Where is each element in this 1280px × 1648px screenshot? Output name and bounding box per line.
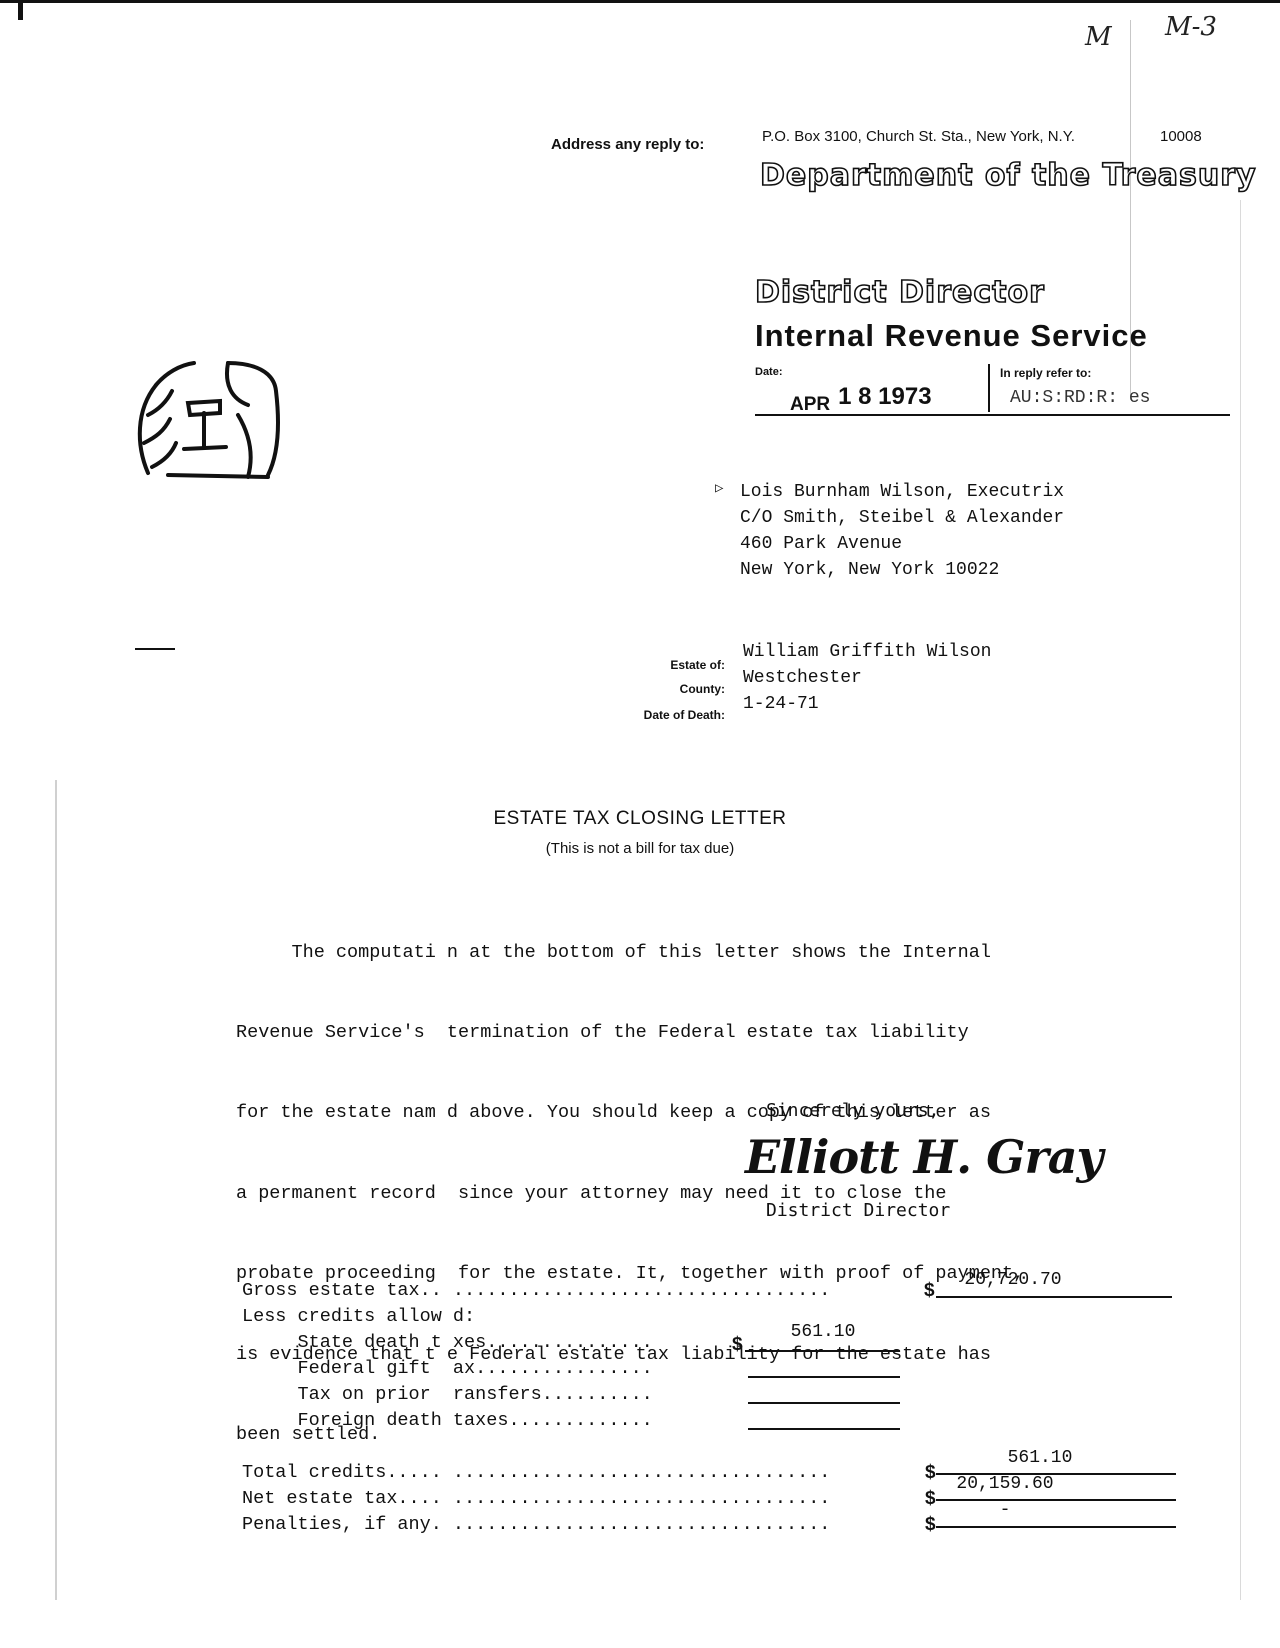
date-of-death-label: Date of Death: [605,708,725,722]
scan-streak [1130,20,1131,400]
handwritten-mark-2: M-3 [1165,12,1217,42]
currency-symbol: $ [925,1462,936,1484]
agency-heading: Internal Revenue Service [755,318,1148,354]
date-rule [755,414,1230,416]
irs-seal-icon [128,355,288,483]
recipient-line-1: Lois Burnham Wilson, Executrix [740,482,1064,502]
date-day-year: 1 8 1973 [838,383,931,410]
letter-date: APR1 8 1973 [790,383,932,411]
total-credits-amount: 561.10 [975,1448,1105,1468]
letter-title: ESTATE TAX CLOSING LETTER [0,808,1280,830]
currency-symbol: $ [924,1280,935,1302]
county-label: County: [605,682,725,696]
handwritten-mark-1: M [1085,22,1112,52]
reply-address: P.O. Box 3100, Church St. Sta., New York… [762,128,1075,145]
penalties-underline [936,1526,1176,1528]
less-credits-label: Less credits allow d: [242,1306,475,1327]
closing: Sincerely yours, [766,1100,939,1121]
gross-estate-tax-label: Gross estate tax.. .....................… [242,1280,830,1301]
scan-streak [1240,200,1241,1600]
estate-of-value: William Griffith Wilson [743,642,991,662]
credit-state-death-label: State death t xes............... [242,1332,653,1353]
recipient-line-2: C/O Smith, Steibel & Alexander [740,508,1064,528]
credit-underline [748,1428,900,1430]
credit-underline [745,1350,900,1352]
signer-title: District Director [766,1200,950,1221]
credit-underline [748,1376,900,1378]
penalties-amount: - [955,1500,1055,1520]
total-credits-label: Total credits..... .....................… [242,1462,830,1483]
date-of-death-value: 1-24-71 [743,694,819,714]
credit-underline [748,1402,900,1404]
scan-streak [55,780,57,1600]
credit-prior-transfers-label: Tax on prior ransfers.......... [242,1384,653,1405]
department-heading: Department of the Treasury [760,158,1257,193]
date-label: Date: [755,366,783,378]
fold-mark [135,648,175,650]
gross-estate-tax-amount: 20,720.70 [938,1270,1088,1290]
header-divider [988,364,990,412]
net-estate-tax-amount: 20,159.60 [940,1474,1070,1494]
credit-federal-gift-label: Federal gift ax................ [242,1358,653,1379]
letter-subtitle: (This is not a bill for tax due) [0,840,1280,857]
date-month: APR [790,394,830,415]
office-heading: District Director [755,275,1045,310]
body-line: The computati n at the bottom of this le… [236,940,1024,967]
credit-state-death-amount: 561.10 [748,1322,898,1342]
page-top-edge [0,0,1280,3]
penalties-label: Penalties, if any. .....................… [242,1514,830,1535]
credit-foreign-death-label: Foreign death taxes............. [242,1410,653,1431]
refer-label: In reply refer to: [1000,366,1091,380]
body-line: Revenue Service's termination of the Fed… [236,1020,1024,1047]
recipient-line-3: 460 Park Avenue [740,534,902,554]
reply-label: Address any reply to: [551,136,704,153]
signature: Elliott H. Gray [745,1130,1102,1184]
gross-underline [936,1296,1172,1298]
currency-symbol: $ [732,1334,743,1356]
scan-corner-mark [18,2,23,20]
reply-zip: 10008 [1160,128,1202,145]
estate-of-label: Estate of: [605,658,725,672]
triangle-marker-icon: ▷ [715,480,723,497]
currency-symbol: $ [925,1488,936,1510]
net-estate-tax-label: Net estate tax.... .....................… [242,1488,830,1509]
currency-symbol: $ [925,1514,936,1536]
recipient-line-4: New York, New York 10022 [740,560,999,580]
county-value: Westchester [743,668,862,688]
